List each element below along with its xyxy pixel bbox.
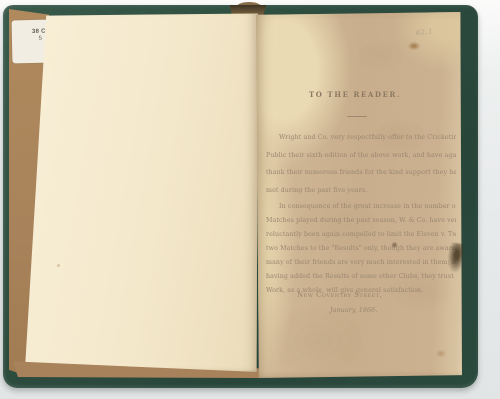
printed-text-layer: 62.1 TO THE READER. Wright and Co. very … xyxy=(256,12,462,378)
paragraph-line: two Matches to the "Results" only, thoug… xyxy=(266,242,456,256)
paragraph-line: Public their sixth edition of the above … xyxy=(266,147,456,165)
signature-address: New Coventry Street, xyxy=(297,291,382,299)
paragraph-line: met during the past five years. xyxy=(266,182,456,200)
paragraph-line: many of their friends are very much inte… xyxy=(266,256,456,270)
paragraph-line: having added the Results of some other C… xyxy=(266,270,456,284)
paragraph-line: thank their numerous friends for the kin… xyxy=(266,164,456,182)
foxing-spot xyxy=(436,350,446,357)
paragraph-line: Matches played during the past season, W… xyxy=(266,214,456,228)
shelf-label-line2: 5 xyxy=(12,35,50,43)
ink-smudge xyxy=(391,242,398,248)
signature-date: January, 1866. xyxy=(330,306,377,314)
foxing-spot xyxy=(408,42,420,50)
page-heading: TO THE READER. xyxy=(256,90,454,99)
photo-background: 38 C 5 62.1 TO THE READER. Wright and Co… xyxy=(0,0,500,399)
left-blank-page xyxy=(24,12,258,372)
shelf-label-line1: 38 C xyxy=(12,20,50,36)
right-page: 62.1 TO THE READER. Wright and Co. very … xyxy=(256,12,462,378)
pencil-mark: 62.1 xyxy=(416,27,434,37)
heading-rule xyxy=(347,116,367,117)
paragraph-1: Wright and Co. very respectfully offer t… xyxy=(266,129,456,199)
foxing-speck xyxy=(57,264,60,267)
paragraph-line: Wright and Co. very respectfully offer t… xyxy=(266,129,456,147)
paragraph-line: In consequence of the great increase in … xyxy=(266,200,456,214)
paragraph-2: In consequence of the great increase in … xyxy=(266,200,456,298)
paragraph-line: reluctantly been again compelled to limi… xyxy=(266,228,456,242)
